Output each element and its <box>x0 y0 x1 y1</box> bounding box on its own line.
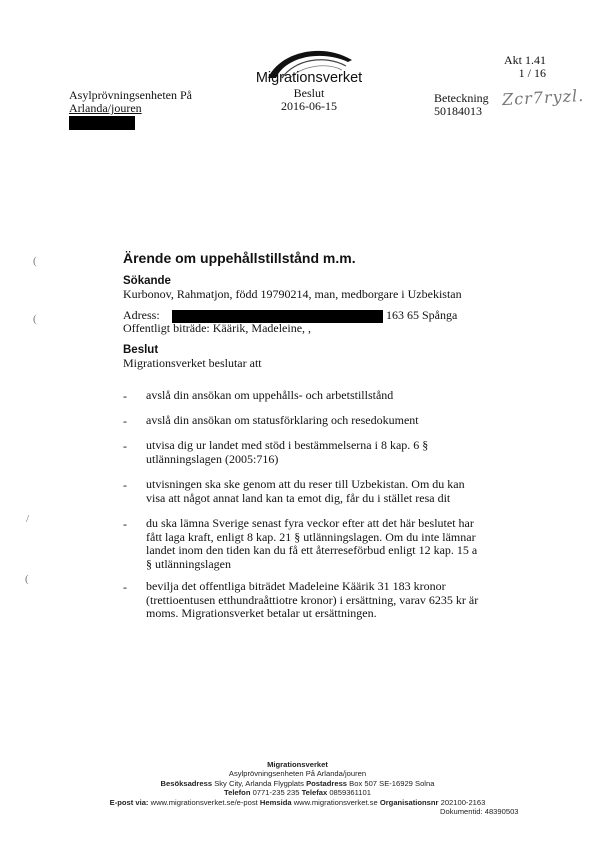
unit-name-cont: Arlanda/jouren <box>69 101 142 116</box>
margin-mark: ( <box>33 313 37 325</box>
margin-mark: ( <box>33 255 37 267</box>
case-title: Ärende om uppehållstillstånd m.m. <box>123 250 356 266</box>
redaction-block <box>69 116 135 130</box>
decision-intro: Migrationsverket beslutar att <box>123 357 262 371</box>
decision-item-text: avslå din ansökan om statusförklaring oc… <box>146 414 486 428</box>
document-id: Dokumentid: 48390503 <box>440 807 519 816</box>
list-dash: - <box>123 439 135 454</box>
decision-item-text: du ska lämna Sverige senast fyra veckor … <box>146 517 486 571</box>
decision-heading: Beslut <box>123 344 158 356</box>
decision-item-text: utvisningen ska ske genom att du reser t… <box>146 478 486 505</box>
footer-web: E-post via: www.migrationsverket.se/e-po… <box>0 798 595 807</box>
footer-phone: Telefon 0771-235 235 Telefax 0859361101 <box>0 788 595 797</box>
applicant-heading: Sökande <box>123 275 171 287</box>
organization-name: Migrationsverket <box>244 70 374 86</box>
margin-mark: ( <box>25 573 29 585</box>
list-dash: - <box>123 478 135 493</box>
footer-unit: Asylprövningsenheten På Arlanda/jouren <box>0 769 595 778</box>
list-dash: - <box>123 389 135 404</box>
list-dash: - <box>123 580 135 595</box>
decision-item-text: utvisa dig ur landet med stöd i bestämme… <box>146 439 486 466</box>
handwritten-note: Zcr7ryzl. <box>502 86 585 109</box>
public-counsel: Offentligt biträde: Käärik, Madeleine, , <box>123 322 311 336</box>
list-dash: - <box>123 414 135 429</box>
document-date: 2016-06-15 <box>244 99 374 114</box>
list-dash: - <box>123 517 135 532</box>
footer: Migrationsverket Asylprövningsenheten På… <box>0 760 595 807</box>
decision-item-text: bevilja det offentliga biträdet Madelein… <box>146 580 486 621</box>
reference-value: 50184013 <box>434 104 482 119</box>
email-link[interactable]: www.migrationsverket.se/e-post <box>151 798 258 807</box>
decision-item-text: avslå din ansökan om uppehålls- och arbe… <box>146 389 486 403</box>
applicant-details: Kurbonov, Rahmatjon, född 19790214, man,… <box>123 288 462 302</box>
footer-org: Migrationsverket <box>0 760 595 769</box>
page-number: 1 / 16 <box>486 66 546 81</box>
margin-mark: / <box>26 513 29 525</box>
address-postal: 163 65 Spånga <box>386 309 457 323</box>
website-link[interactable]: www.migrationsverket.se <box>294 798 378 807</box>
footer-addresses: Besöksadress Sky City, Arlanda Flygplats… <box>0 779 595 788</box>
